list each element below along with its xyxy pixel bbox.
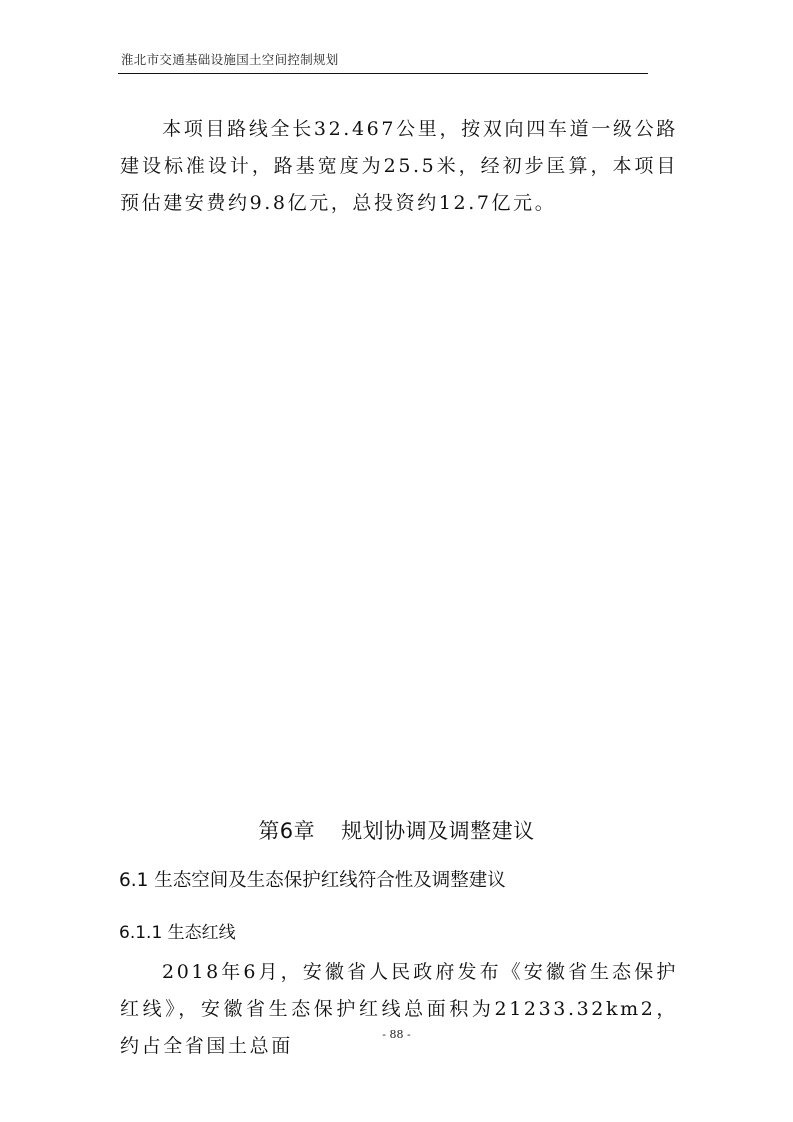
paragraph-text: 本项目路线全长32.467公里，按双向四车道一级公路建设标准设计，路基宽度为25… [120, 118, 678, 214]
chapter-number: 第6章 [258, 819, 315, 843]
subsection-heading-6-1-1: 6.1.1 生态红线 [119, 918, 236, 943]
page-number: - 88 - [0, 1028, 793, 1041]
body-paragraph-project-summary: 本项目路线全长32.467公里，按双向四车道一级公路建设标准设计，路基宽度为25… [120, 111, 678, 222]
body-paragraph-ecological-redline: 2018年6月，安徽省人民政府发布《安徽省生态保护红线》，安徽省生态保护红线总面… [120, 954, 678, 1065]
document-page: 淮北市交通基础设施国土空间控制规划 本项目路线全长32.467公里，按双向四车道… [0, 0, 793, 1122]
header-divider [118, 73, 648, 74]
section-heading-6-1: 6.1 生态空间及生态保护红线符合性及调整建议 [119, 866, 506, 892]
chapter-heading: 第6章规划协调及调整建议 [0, 815, 793, 845]
running-header-title: 淮北市交通基础设施国土空间控制规划 [121, 50, 339, 68]
chapter-title-text: 规划协调及调整建议 [341, 819, 535, 843]
paragraph-text: 2018年6月，安徽省人民政府发布《安徽省生态保护红线》，安徽省生态保护红线总面… [120, 961, 678, 1057]
